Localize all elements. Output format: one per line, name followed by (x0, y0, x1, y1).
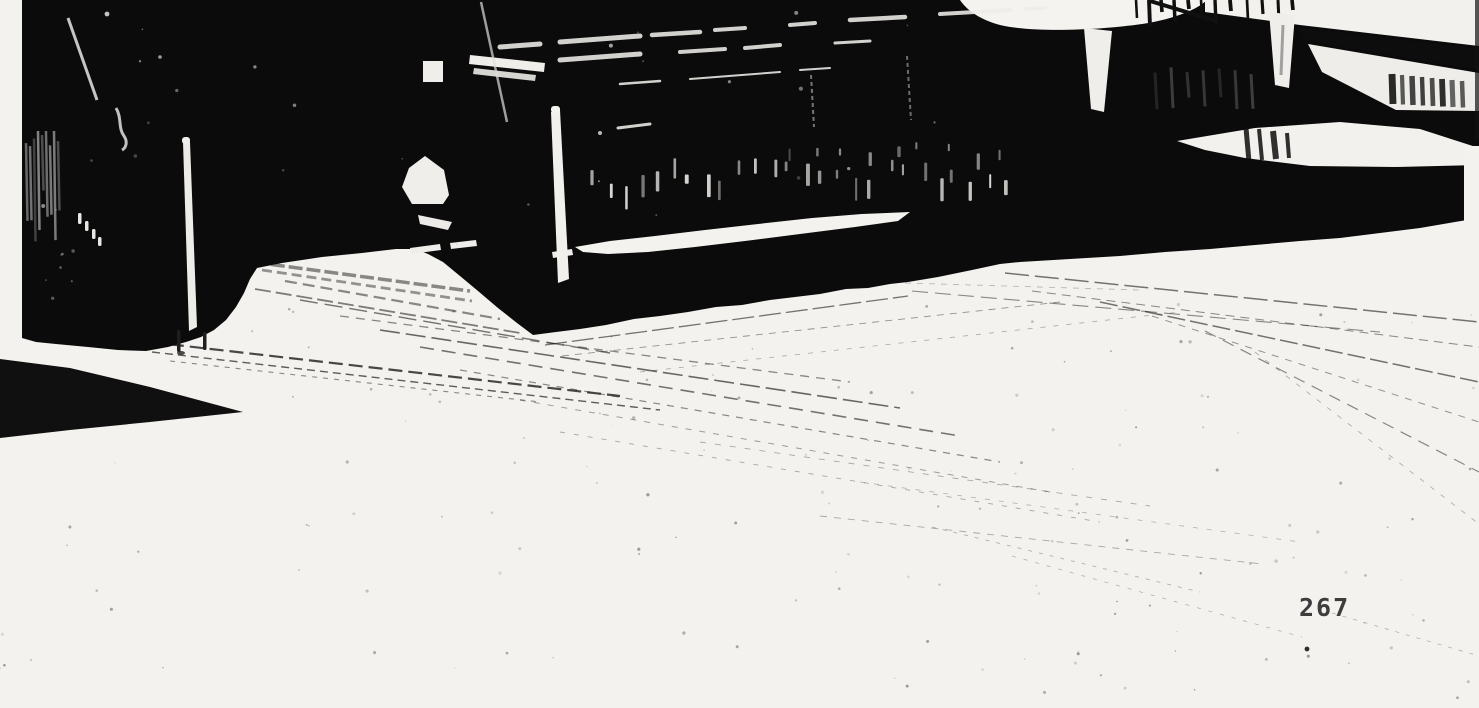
white-square-notch (423, 61, 443, 82)
machinery-photo (0, 0, 1479, 708)
right-edge-dark-strip (1475, 0, 1479, 140)
scanned-page: 267 (0, 0, 1479, 708)
cast-shadow-wedge (0, 359, 243, 438)
paper-noise-speckles (0, 303, 1475, 699)
machine-dark-mass (22, 0, 1479, 351)
rod-left-cap (182, 137, 190, 144)
right-margin-gap (1464, 146, 1479, 226)
rod-center-cap (551, 106, 560, 113)
post-inner-shade (1281, 25, 1283, 75)
ink-dot (1305, 647, 1310, 652)
floor-thread-lines (150, 262, 1479, 656)
page-number: 267 (1299, 593, 1350, 622)
